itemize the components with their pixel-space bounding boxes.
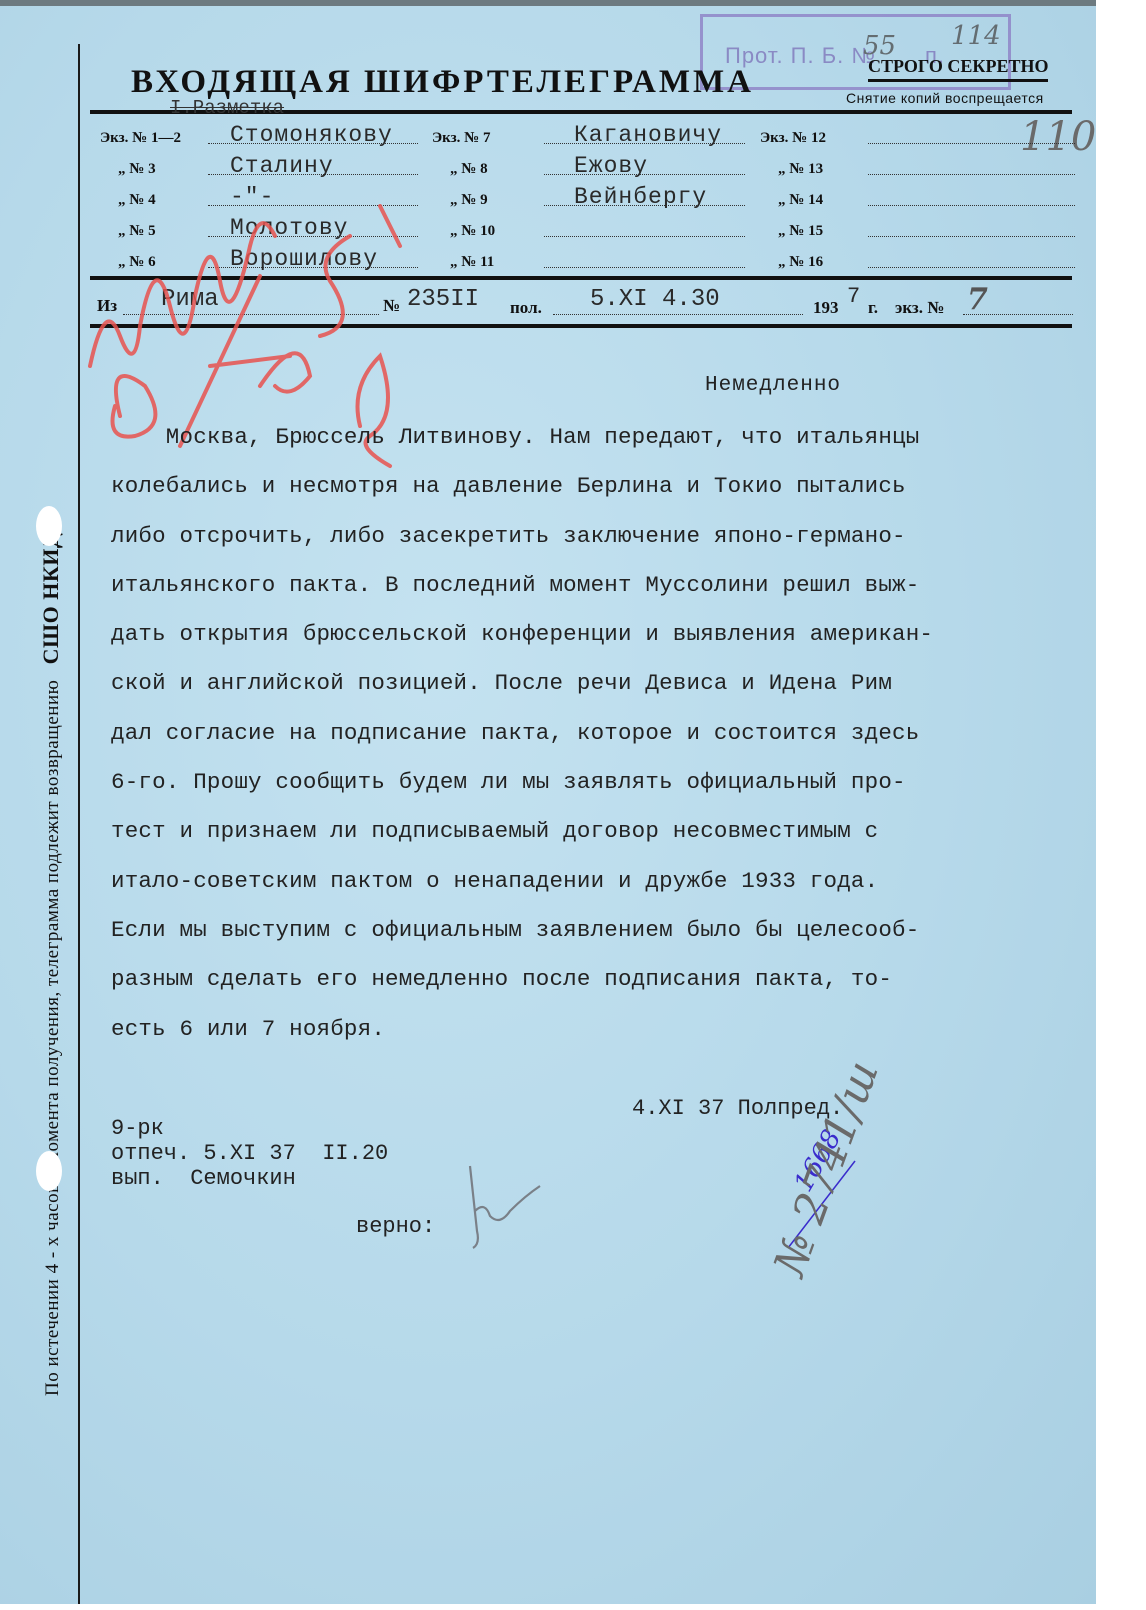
margin-rule (78, 44, 80, 1604)
year-suffix: 7 (847, 284, 860, 309)
copy-entry: „ № 10 (432, 215, 745, 246)
year-label: г. (868, 298, 878, 318)
copy-recipient: Ворошилову (230, 246, 378, 272)
copy-entry: „ № 15 (760, 215, 1075, 246)
side-notice: По истечении 4 ‑ х часов с момента получ… (38, 246, 64, 1396)
copy-row: Экз. № 1—2СтомоняковуЭкз. № 7КагановичуЭ… (100, 122, 1075, 153)
copy-label: экз. № (895, 298, 944, 318)
copy-entry: „ № 8Ежову (432, 153, 745, 184)
copy-entry: „ № 16 (760, 246, 1075, 277)
copy-entry: „ № 6Ворошилову (100, 246, 418, 277)
copy-recipient: Вейнбергу (574, 184, 707, 210)
side-notice-text: По истечении 4 ‑ х часов с момента получ… (42, 680, 63, 1396)
copy-recipient: -"- (230, 184, 274, 210)
copy-number-label: „ № 5 (118, 223, 156, 240)
copy-entry: Экз. № 1—2Стомонякову (100, 122, 418, 153)
telegram-sheet: По истечении 4 ‑ х часов с момента получ… (0, 0, 1096, 1604)
copy-entry: „ № 4-"- (100, 184, 418, 215)
body-line: 6-го. Прошу сообщить будем ли мы заявлят… (111, 769, 1081, 818)
copy-number-label: „ № 6 (118, 254, 156, 271)
copy-value: 7 (967, 282, 988, 317)
body-line: либо отсрочить, либо засекретить заключе… (111, 523, 1081, 572)
copy-entry: Экз. № 7Кагановичу (432, 122, 745, 153)
copy-number-label: Экз. № 1—2 (100, 130, 181, 147)
verified-label: верно: (356, 1214, 435, 1239)
copy-notice: Снятие копий воспрещается (846, 90, 1044, 106)
signature-line: 4.XI 37 Полпред. (632, 1096, 843, 1121)
urgency-label: Немедленно (705, 374, 841, 397)
body-line: итальянского пакта. В последний момент М… (111, 572, 1081, 621)
side-notice-dept: СШО НКИД (38, 532, 63, 664)
body-line: дать открытия брюссельской конференции и… (111, 621, 1081, 670)
copy-number-label: „ № 10 (450, 223, 495, 240)
copy-entry: „ № 11 (432, 246, 745, 277)
body-line: ской и английской позицией. После речи Д… (111, 670, 1081, 719)
copy-row: „ № 4-"-„ № 9Вейнбергу„ № 14 (100, 184, 1075, 215)
copy-recipient: Сталину (230, 153, 334, 179)
received-label: пол. (510, 298, 542, 318)
copy-entry: „ № 5Молотову (100, 215, 418, 246)
year-prefix: 193 (813, 298, 839, 318)
body-line: колебались и несмотря на давление Берлин… (111, 473, 1081, 522)
copy-number-label: „ № 9 (450, 192, 488, 209)
punch-hole (36, 1151, 62, 1191)
copy-number-label: „ № 15 (778, 223, 823, 240)
body-line: дал согласие на подписание пакта, которо… (111, 720, 1081, 769)
copy-number-label: Экз. № 12 (760, 130, 826, 147)
copy-number-label: „ № 8 (450, 161, 488, 178)
from-label: Из (97, 296, 117, 316)
document-title: ВХОДЯЩАЯ ШИФРТЕЛЕГРАММА (131, 64, 754, 101)
copy-entry: „ № 13 (760, 153, 1075, 184)
from-value: Рима (161, 286, 219, 313)
copy-number-label: „ № 11 (450, 254, 494, 271)
body-line: есть 6 или 7 ноября. (111, 1016, 1081, 1065)
classification-label: СТРОГО СЕКРЕТНО (868, 56, 1048, 82)
body-line: Москва, Брюссель Литвинову. Нам передают… (111, 424, 1081, 473)
origin-rule (90, 324, 1072, 328)
copy-number-label: „ № 4 (118, 192, 156, 209)
copy-number-label: „ № 3 (118, 161, 156, 178)
table-rule (90, 276, 1072, 280)
copy-recipient: Кагановичу (574, 122, 722, 148)
copy-number-label: „ № 13 (778, 161, 823, 178)
copy-distribution-table: Экз. № 1—2СтомоняковуЭкз. № 7КагановичуЭ… (100, 122, 1075, 277)
body-line: разным сделать его немедленно после подп… (111, 966, 1081, 1015)
body-line: тест и признаем ли подписываемый договор… (111, 818, 1081, 867)
footer-block: 9-рк отпеч. 5.XI 37 II.20 вып. Семочкин (111, 1116, 388, 1191)
body-line: Если мы выступим с официальным заявление… (111, 917, 1081, 966)
copy-recipient: Ежову (574, 153, 648, 179)
copy-row: „ № 6Ворошилову„ № 11„ № 16 (100, 246, 1075, 277)
signature-scribble-icon (455, 1156, 555, 1256)
copy-entry: „ № 9Вейнбергу (432, 184, 745, 215)
body-line: итало-советским пактом о ненападении и д… (111, 868, 1081, 917)
copy-row: „ № 3Сталину„ № 8Ежову„ № 13 (100, 153, 1075, 184)
number-value: 235II (407, 286, 479, 313)
copy-number-label: „ № 14 (778, 192, 823, 209)
punch-hole (36, 506, 62, 546)
origin-row: Из Рима № 235II пол. 5.XI 4.30 193 7 г. … (95, 284, 1075, 320)
copy-entry: „ № 14 (760, 184, 1075, 215)
copy-row: „ № 5Молотову„ № 10„ № 15 (100, 215, 1075, 246)
copy-number-label: Экз. № 7 (432, 130, 490, 147)
copy-recipient: Молотову (230, 215, 348, 241)
message-body: Москва, Брюссель Литвинову. Нам передают… (111, 424, 1081, 1065)
copy-entry: Экз. № 12 (760, 122, 1075, 153)
stamp-point-no: 114 (951, 21, 1001, 51)
number-label: № (383, 296, 400, 316)
copy-number-label: „ № 16 (778, 254, 823, 271)
copy-entry: „ № 3Сталину (100, 153, 418, 184)
copy-recipient: Стомонякову (230, 122, 393, 148)
received-value: 5.XI 4.30 (590, 286, 720, 313)
razmetka-label: I.Разметка (170, 97, 284, 119)
